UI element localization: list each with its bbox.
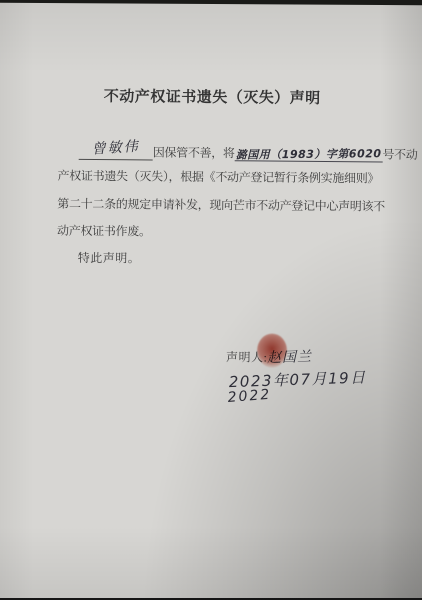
line1-printed-after-name: 因保管不善，将 [153,143,235,161]
declarant-name-blank: 曾敏伟 [79,139,153,161]
red-fingerprint-seal [257,333,287,367]
certificate-no-handwritten: 潞国用（1983）字第6020 [236,145,382,162]
declarant-name-handwritten: 曾敏伟 [91,136,140,159]
declaration-document: 不动产权证书遗失（灭失）声明 曾敏伟因保管不善，将潞国用（1983）字第6020… [0,0,422,600]
certificate-no-blank: 潞国用（1983）字第6020 [235,144,383,162]
closing-statement: 特此声明。 [78,249,141,267]
declaration-line-3: 第二十二条的规定申请补发，现向芒市不动产登记中心声明该不 [57,195,397,215]
date-correction-handwritten: 2022 [227,387,272,406]
document-title: 不动产权证书遗失（灭失）声明 [1,84,422,109]
declaration-line-4: 动产权证书作废。 [57,222,397,242]
declaration-line-2: 产权证书遗失（灭失），根据《不动产登记暂行条例实施细则》 [57,167,397,187]
declaration-line-1: 曾敏伟因保管不善，将潞国用（1983）字第6020号不动 [79,139,419,163]
line1-printed-tail: 号不动 [382,145,417,162]
